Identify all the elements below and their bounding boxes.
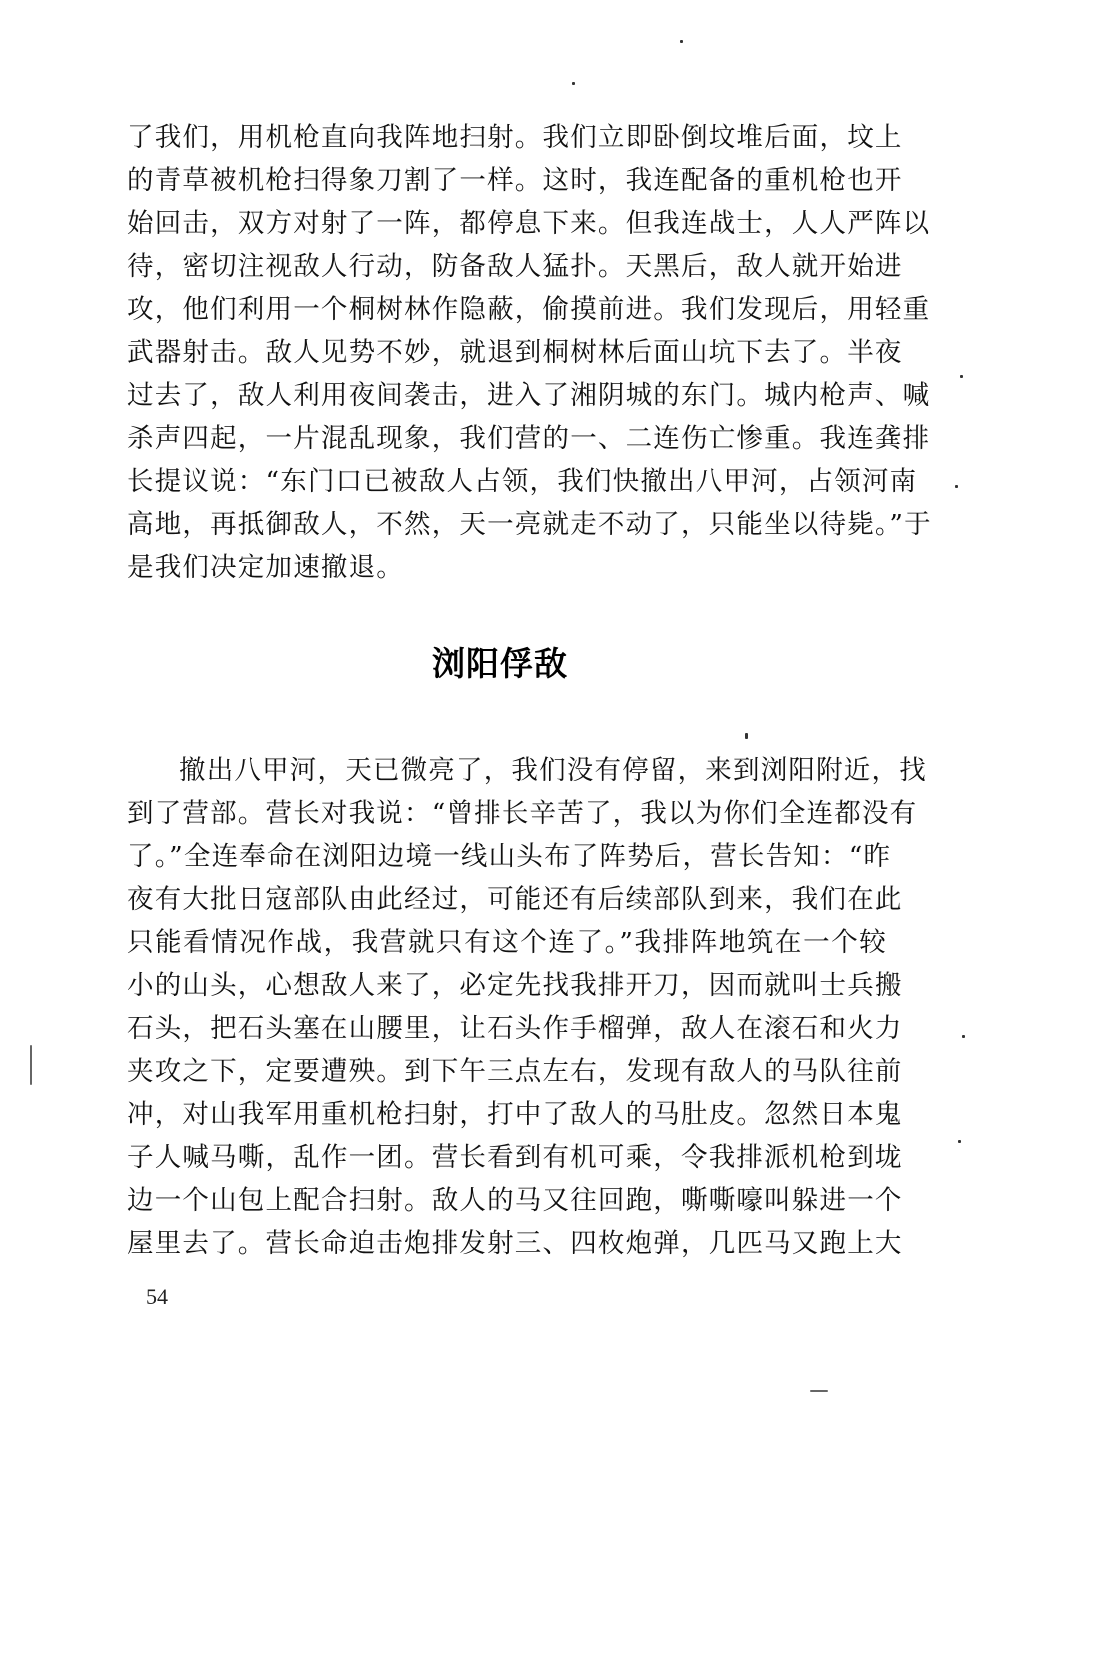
scan-speck — [572, 82, 575, 85]
text-line: 小的山头，心想敌人来了，必定先找我排开刀，因而就叫士兵搬 — [127, 966, 887, 1006]
text-line: 杀声四起，一片混乱现象，我们营的一、二连伤亡惨重。我连龚排 — [127, 419, 887, 459]
scan-mark — [810, 1390, 828, 1392]
text-line: 屋里去了。营长命迫击炮排发射三、四枚炮弹，几匹马又跑上大 — [127, 1224, 887, 1264]
text-line: 的青草被机枪扫得象刀割了一样。这时，我连配备的重机枪也开 — [127, 161, 887, 201]
text-line: 子人喊马嘶，乱作一团。营长看到有机可乘，令我排派机枪到垅 — [127, 1138, 887, 1178]
scan-speck — [745, 733, 748, 739]
text-line: 撤出八甲河，天已微亮了，我们没有停留，来到浏阳附近，找 — [127, 751, 887, 791]
text-line: 待，密切注视敌人行动，防备敌人猛扑。天黑后，敌人就开始进 — [127, 247, 887, 287]
text-line: 是我们决定加速撤退。 — [127, 548, 887, 588]
text-line: 长提议说：“东门口已被敌人占领，我们快撤出八甲河，占领河南 — [127, 462, 887, 502]
text-line: 到了营部。营长对我说：“曾排长辛苦了，我以为你们全连都没有 — [127, 794, 887, 834]
text-line: 了我们，用机枪直向我阵地扫射。我们立即卧倒坟堆后面，坟上 — [127, 118, 887, 158]
scan-speck — [962, 1035, 965, 1038]
text-line: 过去了，敌人利用夜间袭击，进入了湘阴城的东门。城内枪声、喊 — [127, 376, 887, 416]
scan-speck — [680, 40, 683, 43]
scan-speck — [960, 375, 963, 378]
text-line: 武器射击。敌人见势不妙，就退到桐树林后面山坑下去了。半夜 — [127, 333, 887, 373]
text-line: 始回击，双方对射了一阵，都停息下来。但我连战士，人人严阵以 — [127, 204, 887, 244]
page-number: 54 — [146, 1283, 168, 1311]
text-line: 了。”全连奉命在浏阳边境一线山头布了阵势后，营长告知：“昨 — [127, 837, 887, 877]
text-line: 边一个山包上配合扫射。敌人的马又往回跑，嘶嘶嚎叫躲进一个 — [127, 1181, 887, 1221]
scan-speck — [958, 1140, 961, 1143]
section-heading: 浏阳俘敌 — [0, 642, 1000, 686]
scan-mark — [30, 1045, 32, 1085]
text-line: 夜有大批日寇部队由此经过，可能还有后续部队到来，我们在此 — [127, 880, 887, 920]
text-line: 攻，他们利用一个桐树林作隐蔽，偷摸前进。我们发现后，用轻重 — [127, 290, 887, 330]
text-line: 石头，把石头塞在山腰里，让石头作手榴弹，敌人在滚石和火力 — [127, 1009, 887, 1049]
text-line: 高地，再抵御敌人，不然，天一亮就走不动了，只能坐以待毙。”于 — [127, 505, 887, 545]
text-line: 冲，对山我军用重机枪扫射，打中了敌人的马肚皮。忽然日本鬼 — [127, 1095, 887, 1135]
text-line: 夹攻之下，定要遭殃。到下午三点左右，发现有敌人的马队往前 — [127, 1052, 887, 1092]
scan-speck — [955, 485, 958, 488]
text-line: 只能看情况作战，我营就只有这个连了。”我排阵地筑在一个较 — [127, 923, 887, 963]
